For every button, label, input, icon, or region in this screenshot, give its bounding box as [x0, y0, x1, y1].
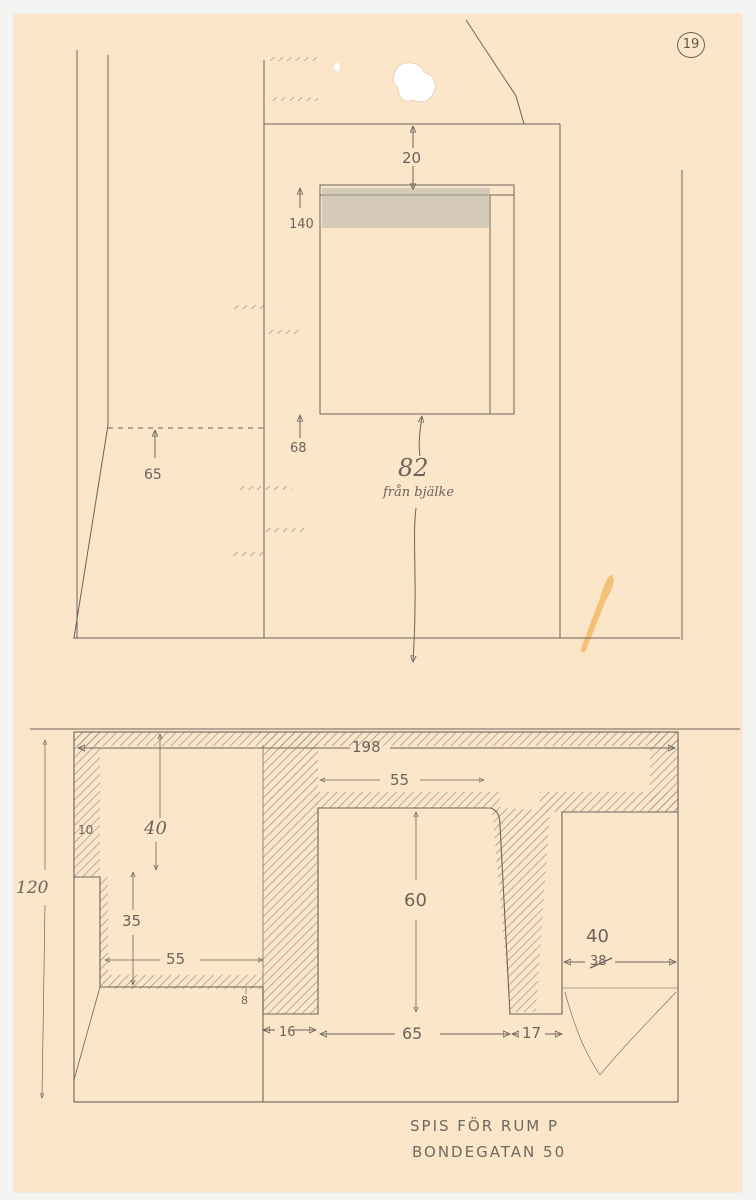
dim-oven-width-top: 55: [390, 773, 409, 788]
opening-note: från bjälke: [383, 486, 454, 499]
dim-right-width: 40: [586, 928, 609, 946]
dim-step: 8: [241, 995, 248, 1006]
page-number: 19: [677, 32, 705, 58]
dim-left-depth: 40: [144, 820, 167, 838]
dim-opening-height: 82: [398, 456, 429, 480]
dim-oven-depth: 60: [404, 892, 427, 910]
dim-top-clearance: 20: [402, 151, 421, 166]
title-line-1: SPIS FÖR RUM P: [410, 1117, 559, 1135]
architectural-drawing: [0, 0, 756, 1200]
paper-hole: [393, 63, 435, 102]
dim-total-depth: 120: [16, 880, 48, 897]
hood-shading: [322, 188, 490, 228]
dim-left-pier: 16: [279, 1026, 296, 1039]
dim-right-width-struck: 38: [590, 955, 607, 968]
dim-oven-width-bottom: 65: [402, 1026, 422, 1042]
dim-side-height: 68: [290, 442, 307, 455]
title-line-2: BONDEGATAN 50: [412, 1143, 566, 1161]
dim-dado-height: 65: [144, 468, 162, 482]
dim-left-lower-depth: 35: [122, 914, 141, 929]
dim-right-pier: 17: [522, 1026, 541, 1041]
stain: [581, 575, 614, 653]
dim-wall-thickness: 10: [78, 824, 93, 836]
dim-left-width: 55: [166, 952, 185, 967]
dim-hood-height: 140: [289, 218, 314, 231]
dim-total-width: 198: [352, 740, 381, 755]
